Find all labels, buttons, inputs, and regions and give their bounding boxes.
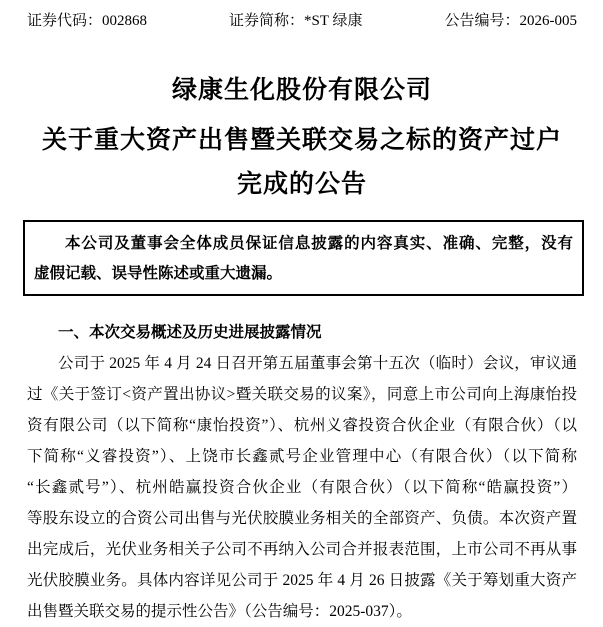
paragraph-line: 出售暨关联交易的提示性公告》（公告编号：2025-037）。 <box>27 596 577 627</box>
document-header: 证券代码：002868 证券简称：*ST 绿康 公告编号：2026-005 <box>27 12 577 31</box>
stock-code: 证券代码：002868 <box>27 12 147 31</box>
paragraph-line: 资有限公司（以下简称“康怡投资”）、杭州义睿投资合伙企业（有限合伙）（以 <box>27 410 577 441</box>
stock-abbreviation: 证券简称：*ST 绿康 <box>229 12 363 31</box>
paragraph-line: “长鑫贰号”）、杭州皓赢投资合伙企业（有限合伙）（以下简称“皓赢投资”） <box>27 472 577 503</box>
paragraph-line: 下简称“义睿投资”）、上饶市长鑫贰号企业管理中心（有限合伙）（以下简称 <box>27 441 577 472</box>
section-body: 公司于 2025 年 4 月 24 日召开第五届董事会第十五次（临时）会议，审议… <box>27 348 577 627</box>
paragraph-line: 光伏胶膜业务。具体内容详见公司于 2025 年 4 月 26 日披露《关于筹划重… <box>27 565 577 596</box>
disclaimer-line: 虚假记载、误导性陈述或重大遗漏。 <box>34 259 573 289</box>
paragraph-line: 过《关于签订<资产置出协议>暨关联交易的议案》，同意上市公司向上海康怡投 <box>27 379 577 410</box>
paragraph-line: 等股东设立的合资公司出售与光伏胶膜业务相关的全部资产、负债。本次资产置 <box>27 503 577 534</box>
section-heading: 一、本次交易概述及历史进展披露情况 <box>27 322 577 344</box>
company-name-title: 绿康生化股份有限公司 <box>27 74 577 106</box>
announcement-title: 关于重大资产出售暨关联交易之标的资产过户 完成的公告 <box>27 118 577 206</box>
announcement-number: 公告编号：2026-005 <box>444 12 577 31</box>
paragraph-line: 出完成后，光伏业务相关子公司不再纳入公司合并报表范围，上市公司不再从事 <box>27 534 577 565</box>
announcement-title-line1: 关于重大资产出售暨关联交易之标的资产过户 <box>27 118 577 162</box>
disclaimer-line: 本公司及董事会全体成员保证信息披露的内容真实、准确、完整，没有 <box>34 229 573 259</box>
disclaimer-box: 本公司及董事会全体成员保证信息披露的内容真实、准确、完整，没有 虚假记载、误导性… <box>23 220 584 296</box>
announcement-page: 证券代码：002868 证券简称：*ST 绿康 公告编号：2026-005 绿康… <box>0 0 603 627</box>
paragraph-line: 公司于 2025 年 4 月 24 日召开第五届董事会第十五次（临时）会议，审议… <box>27 348 577 379</box>
announcement-title-line2: 完成的公告 <box>27 162 577 206</box>
